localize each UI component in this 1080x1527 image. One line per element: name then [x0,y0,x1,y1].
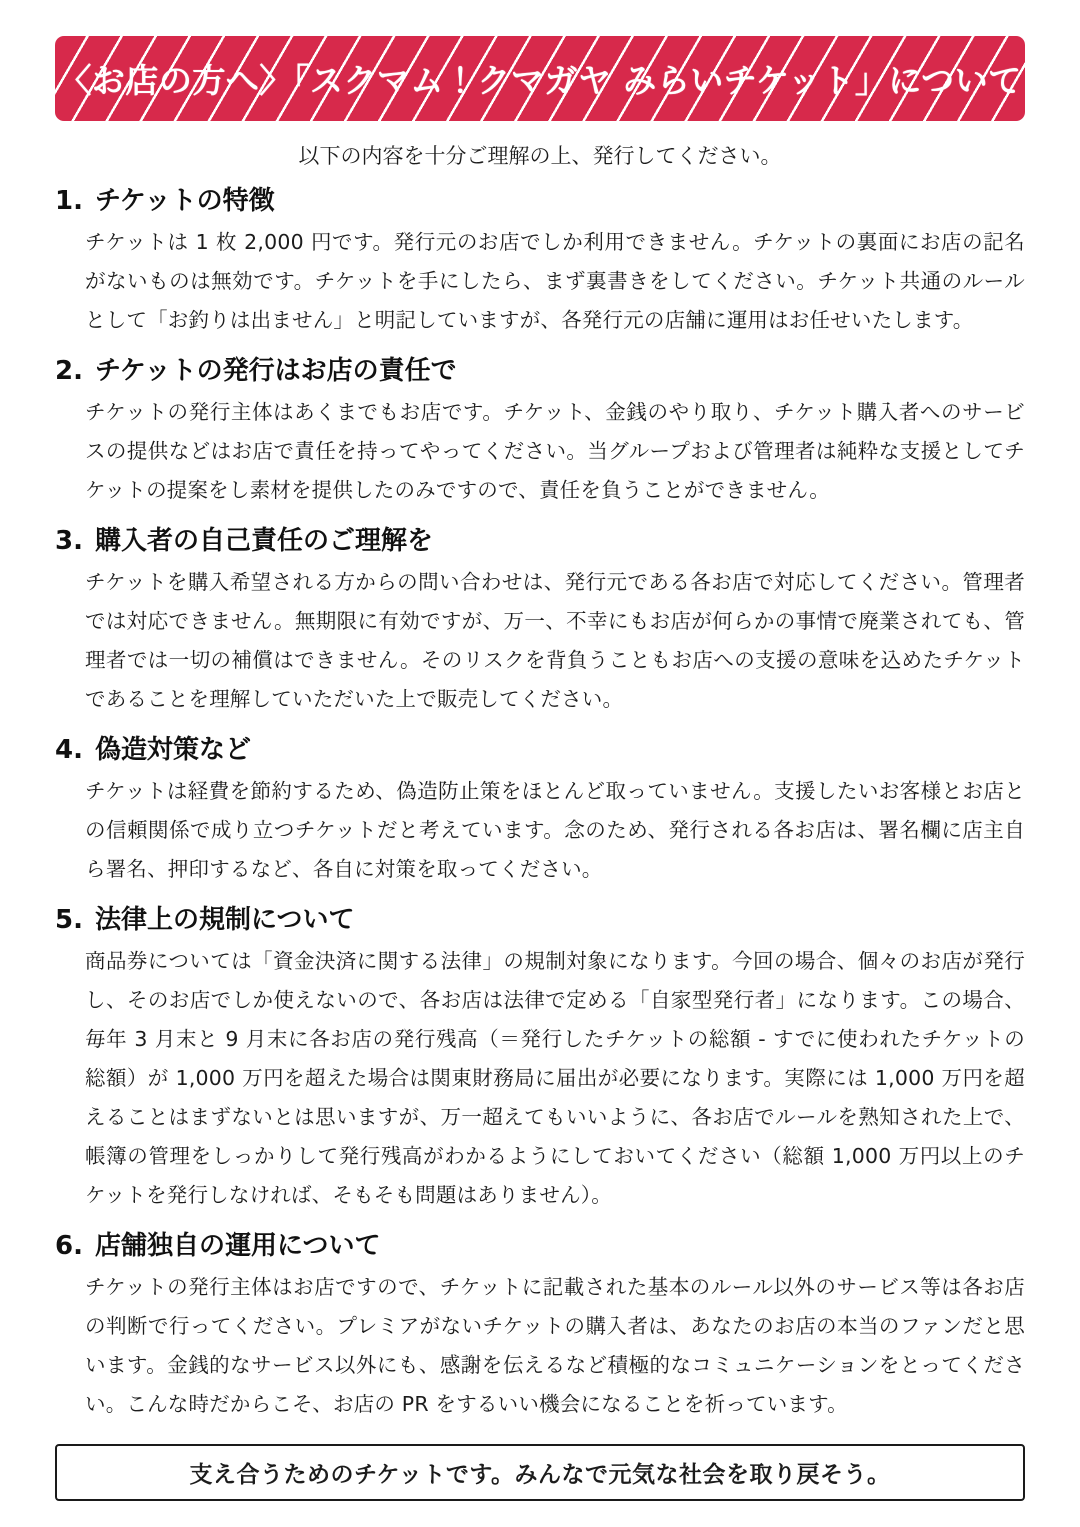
section-number: 1. [55,184,83,218]
footer-message-box: 支え合うためのチケットです。みんなで元気な社会を取り戻そう。 [55,1444,1025,1501]
section: 3.購入者の自己責任のご理解を チケットを購入希望される方からの問い合わせは、発… [55,524,1025,719]
section-body: チケットの発行主体はお店ですので、チケットに記載された基本のルール以外のサービス… [85,1268,1025,1424]
section-heading: 6.店舗独自の運用について [55,1229,1025,1263]
section-heading: 3.購入者の自己責任のご理解を [55,524,1025,558]
document-title: 〈お店の方へ〉「スクマム！クマガヤ みらいチケット」について [58,55,1021,102]
section: 1.チケットの特徴 チケットは 1 枚 2,000 円です。発行元のお店でしか利… [55,184,1025,340]
sections-container: 1.チケットの特徴 チケットは 1 枚 2,000 円です。発行元のお店でしか利… [55,184,1025,1424]
section-body: チケットを購入希望される方からの問い合わせは、発行元である各お店で対応してくださ… [85,563,1025,719]
section-body: 商品券については「資金決済に関する法律」の規制対象になります。今回の場合、個々の… [85,942,1025,1215]
section: 2.チケットの発行はお店の責任で チケットの発行主体はあくまでもお店です。チケッ… [55,354,1025,510]
intro-note: 以下の内容を十分ご理解の上、発行してください。 [55,143,1025,170]
section-heading: 2.チケットの発行はお店の責任で [55,354,1025,388]
section-title: チケットの発行はお店の責任で [95,356,457,386]
section-number: 4. [55,733,83,767]
section: 5.法律上の規制について 商品券については「資金決済に関する法律」の規制対象にな… [55,903,1025,1215]
section-title: 購入者の自己責任のご理解を [95,526,433,556]
section-title: 店舗独自の運用について [95,1231,380,1261]
section-number: 6. [55,1229,83,1263]
section-title: チケットの特徴 [95,186,275,216]
section-title: 法律上の規制について [95,905,354,935]
section-body: チケットは経費を節約するため、偽造防止策をほとんど取っていません。支援したいお客… [85,772,1025,889]
section-number: 2. [55,354,83,388]
document-page: 〈お店の方へ〉「スクマム！クマガヤ みらいチケット」について 以下の内容を十分ご… [0,0,1080,1527]
title-banner: 〈お店の方へ〉「スクマム！クマガヤ みらいチケット」について [55,36,1025,121]
footer-message: 支え合うためのチケットです。みんなで元気な社会を取り戻そう。 [189,1456,890,1489]
section-heading: 1.チケットの特徴 [55,184,1025,218]
section-heading: 5.法律上の規制について [55,903,1025,937]
section-number: 5. [55,903,83,937]
section: 6.店舗独自の運用について チケットの発行主体はお店ですので、チケットに記載され… [55,1229,1025,1424]
section-body: チケットの発行主体はあくまでもお店です。チケット、金銭のやり取り、チケット購入者… [85,393,1025,510]
section-heading: 4.偽造対策など [55,733,1025,767]
section-number: 3. [55,524,83,558]
section-body: チケットは 1 枚 2,000 円です。発行元のお店でしか利用できません。チケッ… [85,223,1025,340]
section: 4.偽造対策など チケットは経費を節約するため、偽造防止策をほとんど取っていませ… [55,733,1025,889]
section-title: 偽造対策など [95,735,251,765]
